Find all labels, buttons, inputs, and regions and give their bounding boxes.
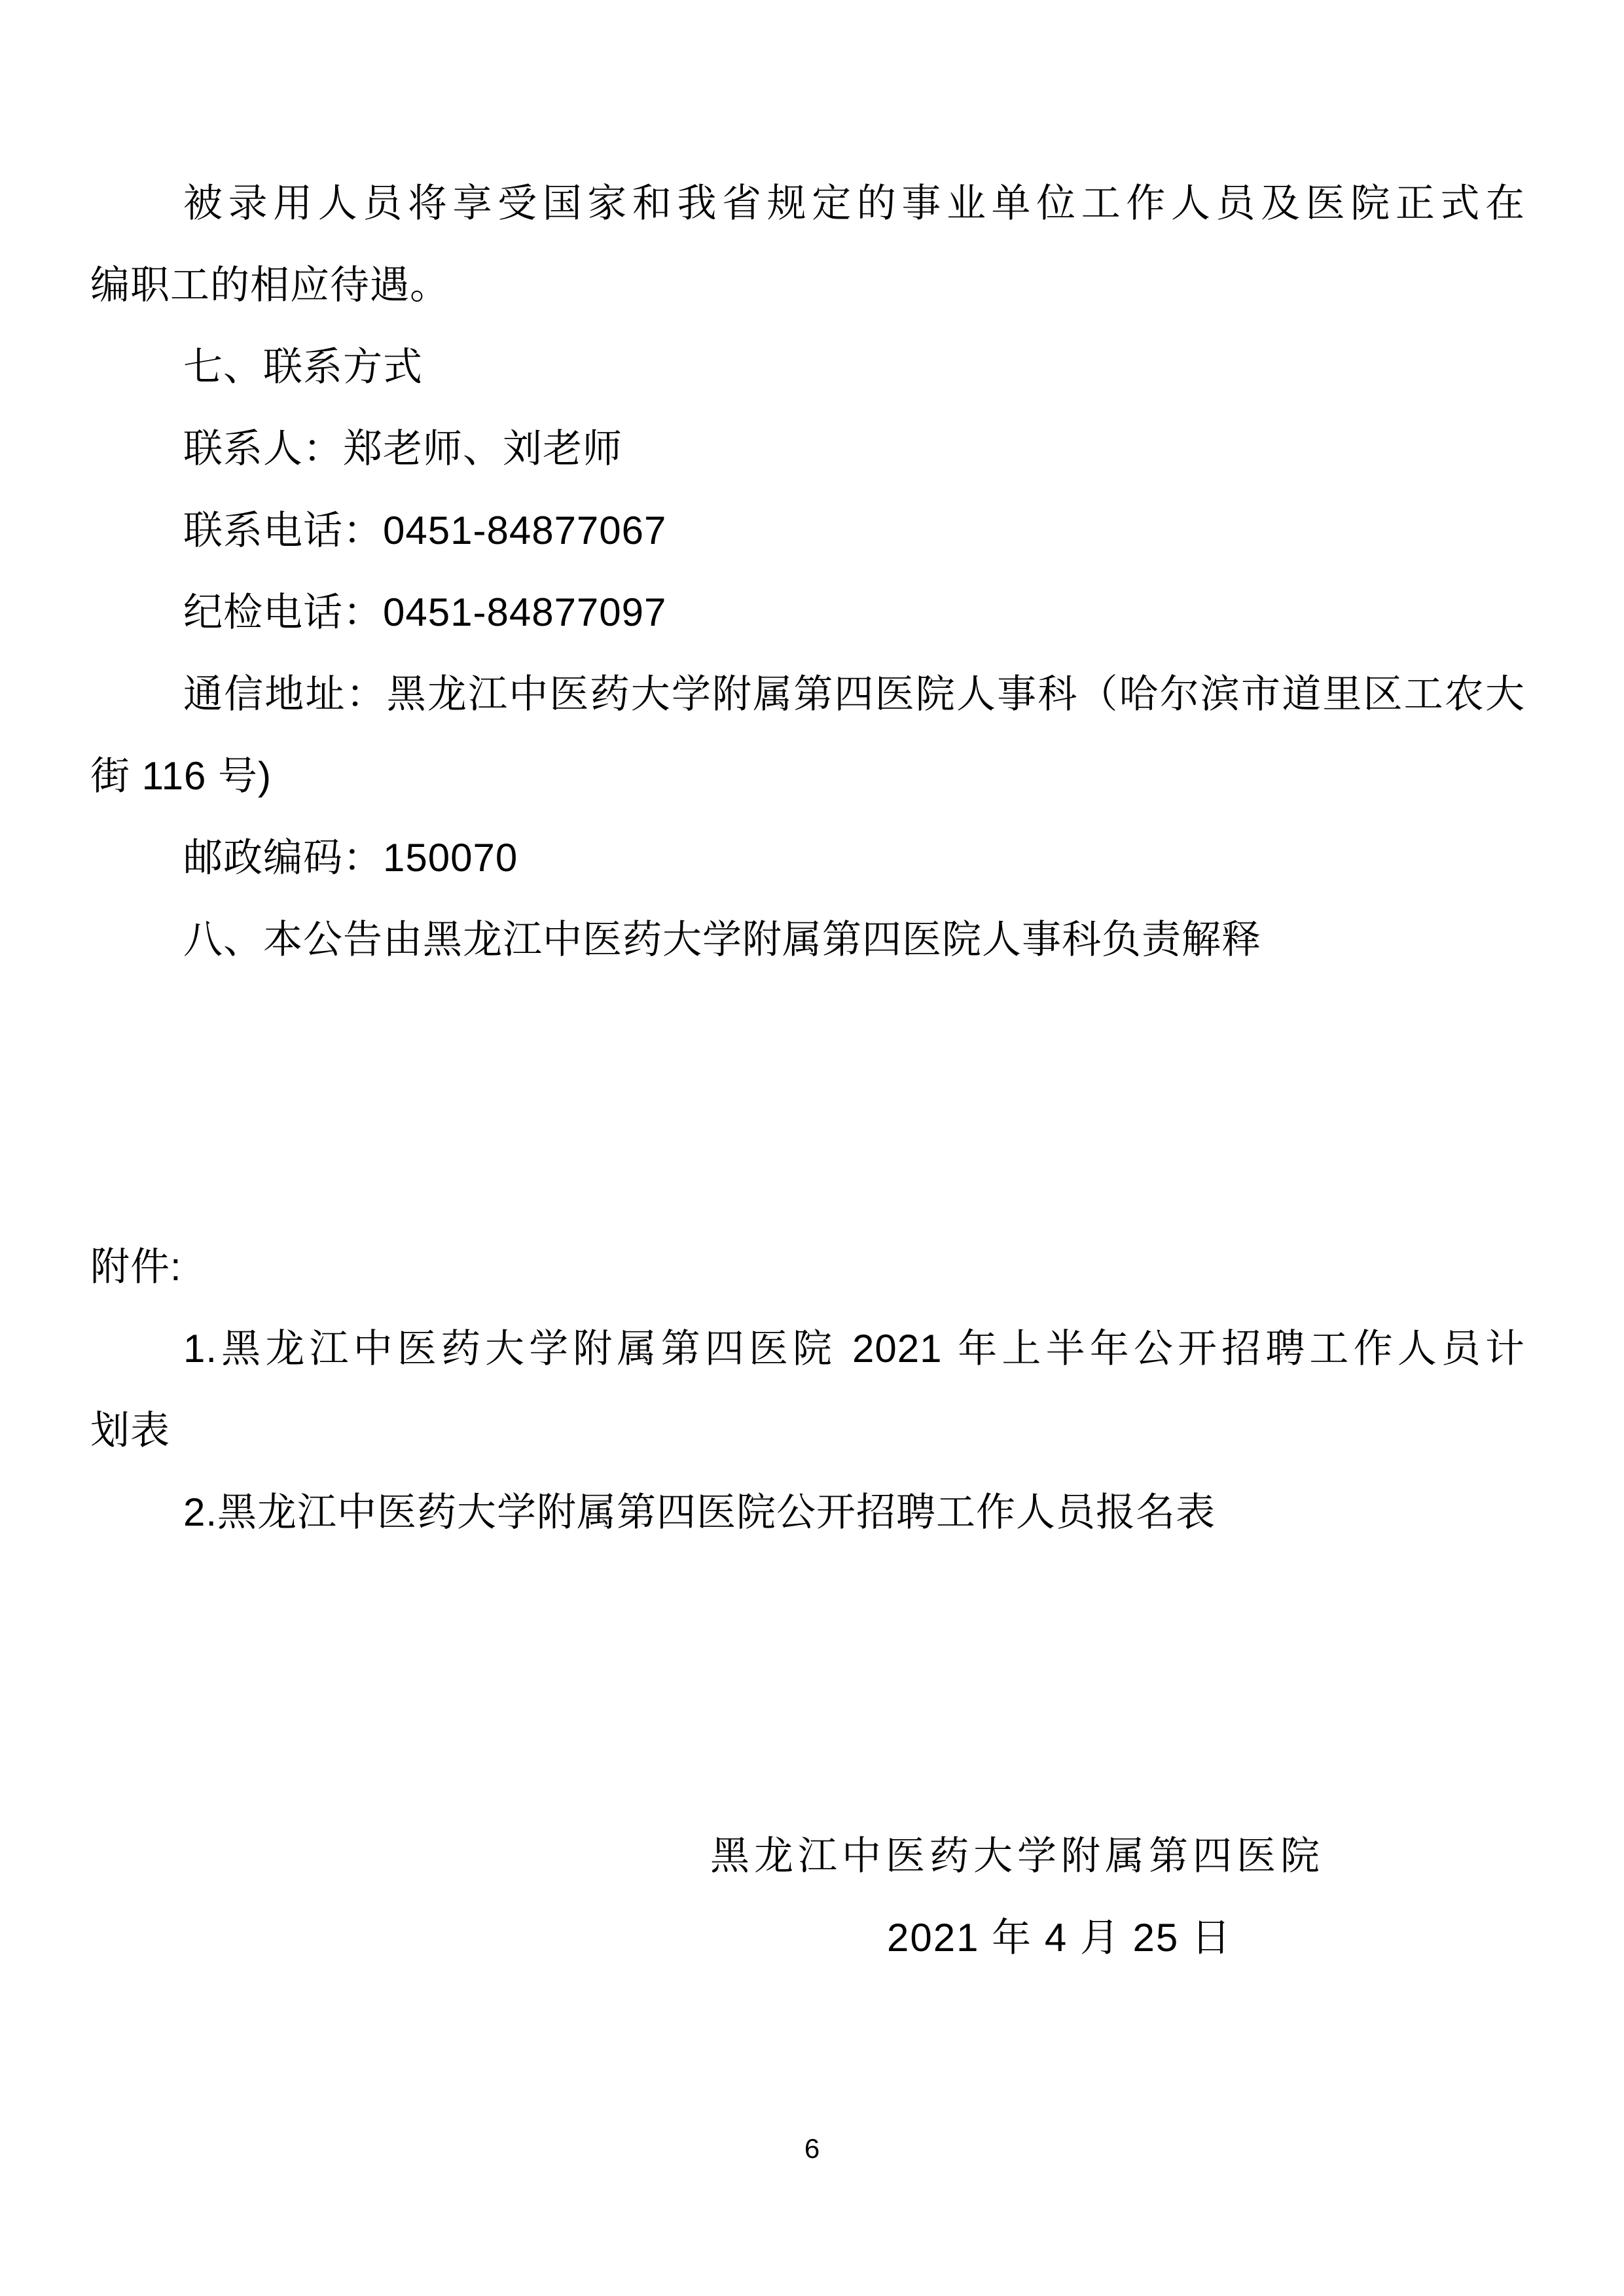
contact-person-line: 联系人：郑老师、刘老师 bbox=[90, 408, 1525, 490]
discipline-phone-line: 纪检电话：0451-84877097 bbox=[90, 571, 1525, 653]
document-body: 被录用人员将享受国家和我省规定的事业单位工作人员及医院正式在 编职工的相应待遇。… bbox=[90, 162, 1525, 1979]
mailing-address-line-2: 街 116 号) bbox=[90, 735, 1525, 817]
postal-code-line: 邮政编码：150070 bbox=[90, 817, 1525, 899]
benefits-paragraph-line-2: 编职工的相应待遇。 bbox=[90, 244, 1525, 326]
blank-gap bbox=[90, 1553, 1525, 1815]
attachment-1-line-1: 1.黑龙江中医药大学附属第四医院 2021 年上半年公开招聘工作人员计 bbox=[90, 1308, 1525, 1390]
section-8-line: 八、本公告由黑龙江中医药大学附属第四医院人事科负责解释 bbox=[90, 899, 1525, 980]
signature-organization: 黑龙江中医药大学附属第四医院 bbox=[90, 1815, 1525, 1897]
mailing-address-line-1: 通信地址：黑龙江中医药大学附属第四医院人事科（哈尔滨市道里区工农大 bbox=[90, 653, 1525, 735]
page-number: 6 bbox=[0, 2132, 1624, 2165]
attachments-label: 附件: bbox=[90, 1226, 1525, 1308]
attachment-2-line: 2.黑龙江中医药大学附属第四医院公开招聘工作人员报名表 bbox=[90, 1471, 1525, 1553]
contact-phone-line: 联系电话：0451-84877067 bbox=[90, 490, 1525, 571]
attachment-1-line-2: 划表 bbox=[90, 1390, 1525, 1471]
signature-date: 2021 年 4 月 25 日 bbox=[90, 1897, 1525, 1979]
section-7-heading: 七、联系方式 bbox=[90, 326, 1525, 408]
document-page: 被录用人员将享受国家和我省规定的事业单位工作人员及医院正式在 编职工的相应待遇。… bbox=[0, 0, 1624, 2296]
benefits-paragraph-line-1: 被录用人员将享受国家和我省规定的事业单位工作人员及医院正式在 bbox=[90, 162, 1525, 244]
blank-gap bbox=[90, 980, 1525, 1226]
